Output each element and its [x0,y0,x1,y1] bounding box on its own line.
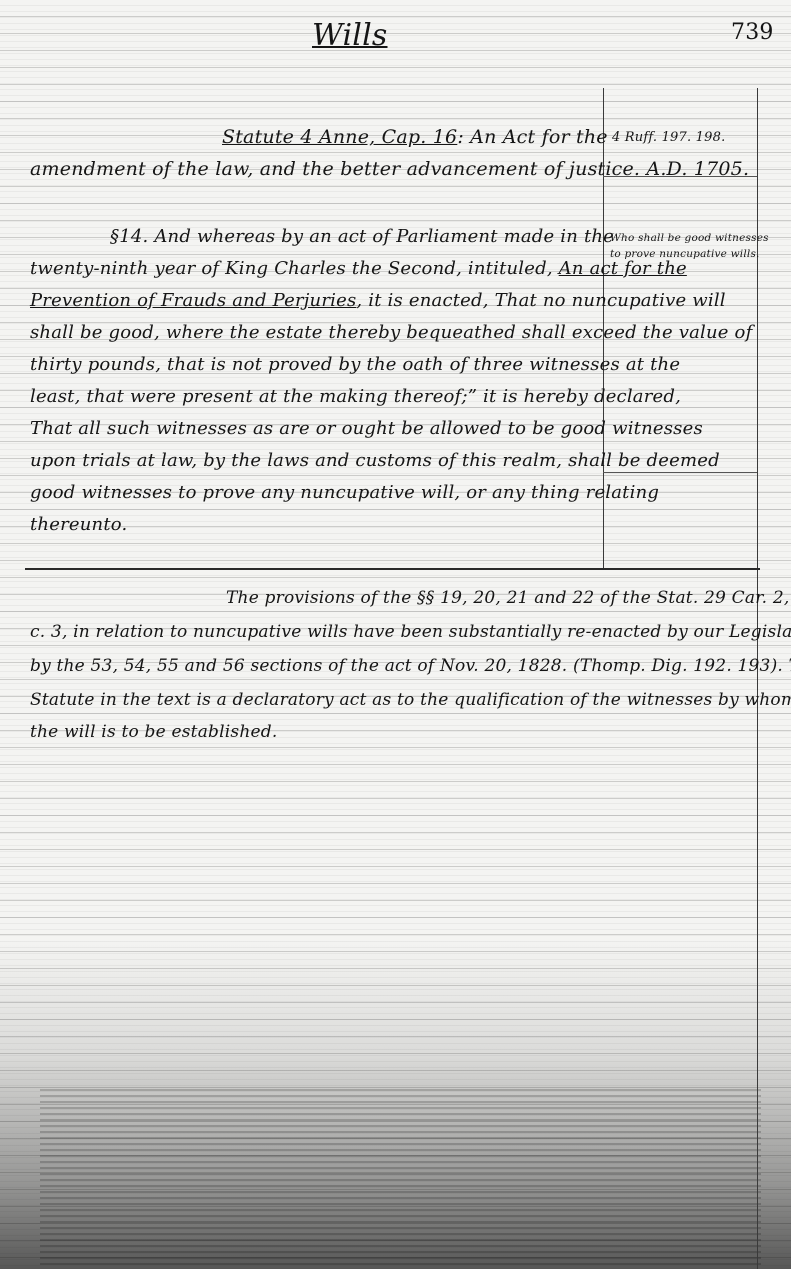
section-line: least, that were present at the making t… [30,386,681,407]
statute-citation: Statute 4 Anne, Cap. 16 [222,126,457,148]
page-number: 739 [731,20,774,45]
margin-note: Who shall be good witnesses [610,232,769,244]
section-line: Prevention of Frauds and Perjuries, it i… [30,290,726,311]
section-line: good witnesses to prove any nuncupative … [30,482,659,503]
commentary-line: the will is to be established. [30,722,277,742]
commentary-line: by the 53, 54, 55 and 56 sections of the… [30,656,791,676]
margin-rule-right [757,88,758,1269]
section-divider [25,568,760,570]
act-title: An act for the [559,258,687,279]
section-line: shall be good, where the estate thereby … [30,322,752,343]
statute-heading: Statute 4 Anne, Cap. 16: An Act for the [222,126,608,148]
section-line: thereunto. [30,514,127,535]
section-text: , it is enacted, That no nuncupative wil… [356,290,725,311]
margin-divider [603,472,757,473]
margin-reference: 4 Ruff. 197. 198. [612,130,725,145]
scan-noise [40,1089,761,1269]
section-line: That all such witnesses as are or ought … [30,418,703,439]
statute-heading-continued: amendment of the law, and the better adv… [30,158,749,180]
page-title: Wills [312,18,388,53]
commentary-line: The provisions of the §§ 19, 20, 21 and … [226,588,790,608]
section-line: twenty-ninth year of King Charles the Se… [30,258,687,279]
commentary-line: Statute in the text is a declaratory act… [30,690,791,710]
commentary-line: c. 3, in relation to nuncupative wills h… [30,622,791,642]
act-title: Prevention of Frauds and Perjuries [30,290,356,311]
section-text: twenty-ninth year of King Charles the Se… [30,258,559,279]
section-line: §14. And whereas by an act of Parliament… [110,226,614,247]
section-line: thirty pounds, that is not proved by the… [30,354,680,375]
statute-title-start: : An Act for the [457,126,607,148]
section-line: upon trials at law, by the laws and cust… [30,450,720,471]
